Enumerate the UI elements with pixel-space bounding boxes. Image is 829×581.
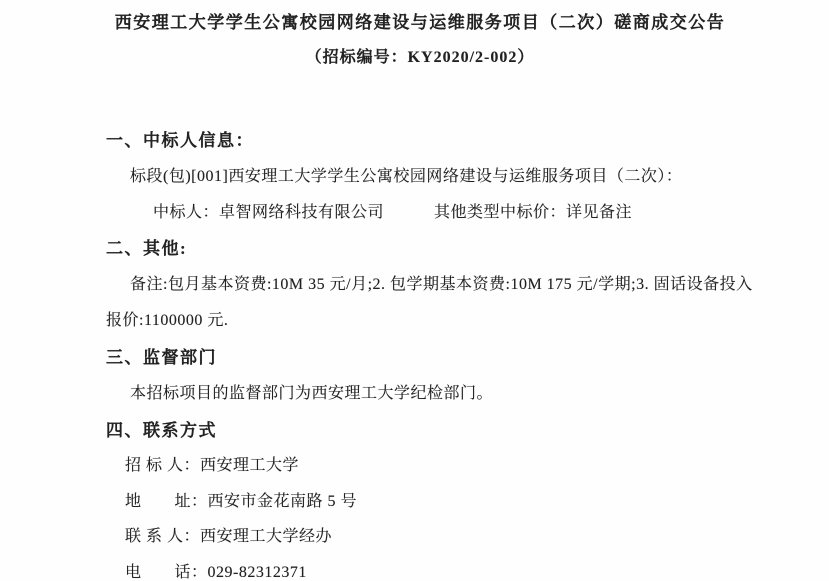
section-heading-supervision: 三、监督部门 bbox=[106, 343, 217, 368]
contact-label-address: 地 址： bbox=[125, 493, 208, 510]
contact-row-person: 联 系 人：西安理工大学经办 bbox=[125, 523, 332, 546]
contact-row-tenderer: 招 标 人：西安理工大学 bbox=[125, 452, 299, 475]
remark-line-2: 报价:1100000 元. bbox=[106, 307, 228, 330]
document-title: 西安理工大学学生公寓校园网络建设与运维服务项目（二次）磋商成交公告 bbox=[40, 8, 800, 33]
contact-row-address: 地 址：西安市金花南路 5 号 bbox=[125, 488, 357, 511]
remark-line-1: 备注:包月基本资费:10M 35 元/月;2. 包学期基本资费:10M 175 … bbox=[130, 271, 753, 294]
contact-label-phone: 电 话： bbox=[125, 564, 208, 581]
winner-name-pair: 中标人：卓智网络科技有限公司 bbox=[153, 199, 384, 222]
contact-label-person: 联 系 人： bbox=[125, 528, 200, 545]
section-heading-other: 二、其他: bbox=[106, 234, 187, 259]
winner-price-pair: 其他类型中标价：详见备注 bbox=[434, 199, 632, 222]
contact-value-phone: 029-82312371 bbox=[208, 564, 307, 581]
lot-description-line: 标段(包)[001]西安理工大学学生公寓校园网络建设与运维服务项目（二次）： bbox=[130, 163, 682, 186]
contact-value-address: 西安市金花南路 5 号 bbox=[208, 493, 358, 510]
contact-row-phone: 电 话：029-82312371 bbox=[125, 559, 307, 581]
supervision-body-line: 本招标项目的监督部门为西安理工大学纪检部门。 bbox=[130, 380, 493, 403]
section-heading-winner-info: 一、中标人信息： bbox=[106, 126, 254, 151]
section-heading-contact: 四、联系方式 bbox=[106, 416, 217, 441]
document-page: 西安理工大学学生公寓校园网络建设与运维服务项目（二次）磋商成交公告 （招标编号：… bbox=[0, 0, 829, 581]
contact-value-person: 西安理工大学经办 bbox=[200, 528, 332, 545]
tender-number-subtitle: （招标编号：KY2020/2-002） bbox=[40, 44, 800, 67]
contact-label-tenderer: 招 标 人： bbox=[125, 457, 200, 474]
contact-value-tenderer: 西安理工大学 bbox=[200, 457, 299, 474]
